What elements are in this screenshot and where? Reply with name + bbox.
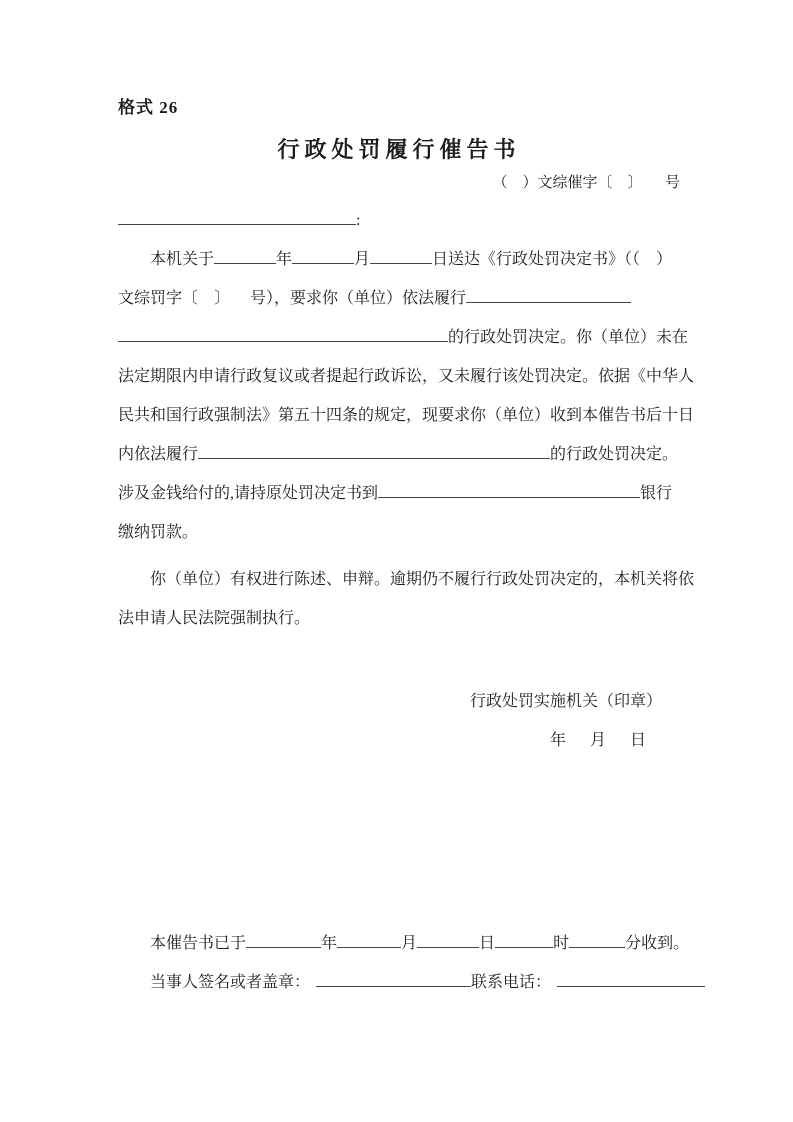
para2-line2: 法申请人民法院强制执行。 [118,599,680,638]
receipt-line2: 当事人签名或者盖章：联系电话： [118,963,680,1002]
blank-penalty-content-2[interactable] [118,341,448,342]
blank-contact-phone[interactable] [557,986,705,987]
para1-line4: 法定期限内申请行政复议或者提起行政诉讼，又未履行该处罚决定。依据《中华人 [118,357,680,396]
format-label: 格式 26 [118,96,680,120]
document-page: 格式 26 行政处罚履行催告书 （ ）文综催字〔 〕 号 : 本机关于年月日送达… [0,0,793,1122]
blank-receipt-day[interactable] [417,947,479,948]
signature-date: 年 月 日 [118,721,680,760]
receipt-line1: 本催告书已于年月日时分收到。 [118,924,680,963]
para1-line1: 本机关于年月日送达《行政处罚决定书》（（ ） [118,240,680,279]
addressee-blank[interactable] [118,224,356,225]
para1-line2: 文综罚字〔 〕 号），要求你（单位）依法履行 [118,279,680,318]
document-title: 行政处罚履行催告书 [118,134,680,166]
addressee-line: : [118,206,680,236]
blank-receipt-minute[interactable] [569,947,625,948]
document-content: 格式 26 行政处罚履行催告书 （ ）文综催字〔 〕 号 : 本机关于年月日送达… [118,96,680,1002]
party-signature-label: 当事人签名或者盖章： [150,974,310,991]
receipt-block: 本催告书已于年月日时分收到。 当事人签名或者盖章：联系电话： [118,924,680,1002]
blank-day[interactable] [370,263,432,264]
blank-receipt-year[interactable] [246,947,321,948]
addressee-colon: : [356,212,360,229]
para1-line8: 缴纳罚款。 [118,513,680,552]
signature-agency: 行政处罚实施机关（印章） [118,682,680,721]
para1-line3: 的行政处罚决定。你（单位）未在 [118,318,680,357]
signature-block: 行政处罚实施机关（印章） 年 月 日 [118,682,680,760]
blank-penalty-content-3[interactable] [198,458,550,459]
document-number: （ ）文综催字〔 〕 号 [118,170,680,196]
blank-bank-name[interactable] [378,497,640,498]
contact-phone-label: 联系电话： [471,974,551,991]
para1-line5: 民共和国行政强制法》第五十四条的规定，现要求你（单位）收到本催告书后十日 [118,396,680,435]
blank-penalty-content-1[interactable] [466,302,631,303]
para2-line1: 你（单位）有权进行陈述、申辩。逾期仍不履行行政处罚决定的，本机关将依 [118,560,680,599]
para1-line6: 内依法履行的行政处罚决定。 [118,435,680,474]
para1-line7: 涉及金钱给付的,请持原处罚决定书到银行 [118,474,680,513]
blank-receipt-month[interactable] [337,947,401,948]
blank-party-signature[interactable] [316,986,471,987]
blank-month[interactable] [292,263,354,264]
blank-receipt-hour[interactable] [495,947,553,948]
blank-year[interactable] [214,263,276,264]
